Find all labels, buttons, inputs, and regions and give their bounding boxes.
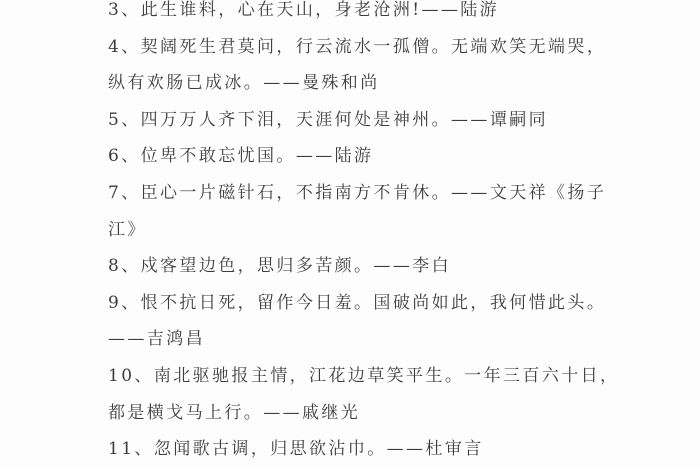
quote-line-6: 6、位卑不敢忘忧国。——陆游 [108,138,588,175]
quote-line-8: 8、戍客望边色，思归多苦颜。——李白 [108,248,588,285]
quote-line-5: 5、四万万人齐下泪，天涯何处是神州。——谭嗣同 [108,102,588,139]
quote-line-7: 7、臣心一片磁针石，不指南方不肯休。——文天祥《扬子 [108,175,588,212]
quote-list: 3、此生谁料，心在天山，身老沧洲!——陆游 4、契阔死生君莫问，行云流水一孤僧。… [108,0,588,468]
quote-line-3: 3、此生谁料，心在天山，身老沧洲!——陆游 [108,0,588,29]
quote-line-4-cont: 纵有欢肠已成冰。——曼殊和尚 [108,65,588,102]
quote-line-4: 4、契阔死生君莫问，行云流水一孤僧。无端欢笑无端哭， [108,29,588,66]
document-page: 3、此生谁料，心在天山，身老沧洲!——陆游 4、契阔死生君莫问，行云流水一孤僧。… [0,0,700,470]
quote-line-9: 9、恨不抗日死，留作今日羞。国破尚如此，我何惜此头。 [108,285,588,322]
quote-line-7-cont: 江》 [108,212,588,249]
quote-line-10: 10、南北驱驰报主情，江花边草笑平生。一年三百六十日， [108,358,588,395]
quote-line-10-cont: 都是横戈马上行。——戚继光 [108,395,588,432]
quote-line-11: 11、忽闻歌古调，归思欲沾巾。——杜审言 [108,431,588,468]
quote-line-9-cont: ——吉鸿昌 [108,321,588,358]
